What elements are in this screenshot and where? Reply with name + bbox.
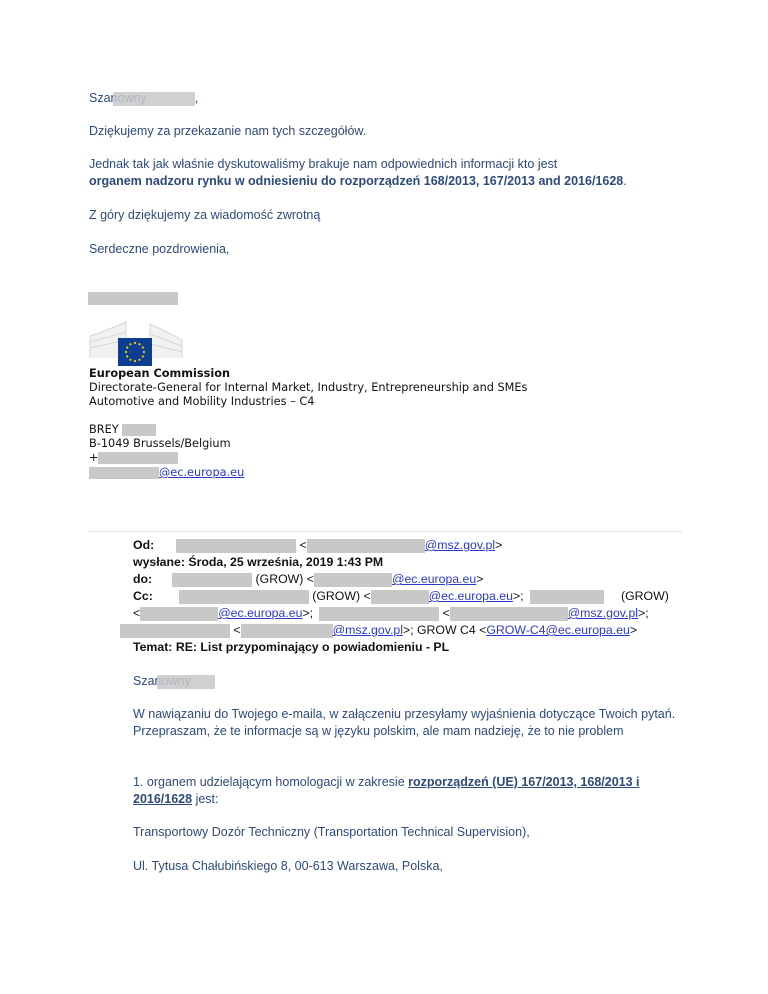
redacted-to-name <box>172 573 252 587</box>
redacted-cc1-email <box>371 590 429 604</box>
redacted-cc3-name <box>319 607 439 621</box>
redacted-from-email <box>307 539 425 553</box>
redacted-to-email <box>314 573 392 587</box>
reply-greeting: Szanowny, <box>89 90 198 106</box>
original-authority: Transportowy Dozór Techniczny (Transport… <box>133 824 530 841</box>
header-subject: Temat: RE: List przypominający o powiado… <box>133 639 449 656</box>
redacted-phone <box>98 452 178 464</box>
redacted-name <box>113 92 195 106</box>
to-email-link[interactable]: @ec.europa.eu <box>392 572 476 586</box>
reply-line-advance-thanks: Z góry dziękujemy za wiadomość zwrotną <box>89 207 320 223</box>
cc4-email-link[interactable]: @msz.gov.pl <box>333 623 403 637</box>
redacted-email-user <box>89 467 159 479</box>
original-item1-line1: 1. organem udzielającym homologacji w za… <box>133 774 640 791</box>
message-separator <box>88 531 682 532</box>
redacted-cc3-email <box>450 607 568 621</box>
redacted-cc4-name <box>120 624 230 638</box>
redacted-cc2-name <box>530 590 604 604</box>
from-email-link[interactable]: @msz.gov.pl <box>425 538 495 552</box>
signature-city: B-1049 Brussels/Belgium <box>89 436 231 451</box>
original-para1-line2: Przepraszam, że te informacje są w język… <box>133 723 623 740</box>
header-sent: wysłane: Środa, 25 września, 2019 1:43 P… <box>133 554 383 571</box>
redacted-from-name <box>176 539 296 553</box>
grow-c4-email-link[interactable]: GROW-C4@ec.europa.eu <box>486 623 629 637</box>
cc1-email-link[interactable]: @ec.europa.eu <box>429 589 513 603</box>
signature-org: European Commission <box>89 366 230 381</box>
signature-email: @ec.europa.eu <box>89 465 244 480</box>
header-cc-line1: Cc: (GROW) <@ec.europa.eu>; (GROW) <box>133 588 669 605</box>
header-cc-line2: <@ec.europa.eu>; <@msz.gov.pl>; <box>133 605 649 622</box>
original-item1-line2: 2016/1628 jest: <box>133 791 219 808</box>
header-to: do: (GROW) <@ec.europa.eu> <box>133 571 483 588</box>
redacted-recipient <box>157 675 215 689</box>
redacted-cc1-name <box>179 590 309 604</box>
redacted-cc4-email <box>241 624 333 638</box>
redacted-cc2-email <box>140 607 218 621</box>
redacted-room <box>122 424 156 436</box>
reply-line-thanks: Dziękujemy za przekazanie nam tych szcze… <box>89 123 366 139</box>
redacted-sender-name <box>88 292 178 305</box>
cc2-email-link[interactable]: @ec.europa.eu <box>218 606 302 620</box>
original-greeting: Szanowny <box>133 673 215 690</box>
signature-email-link[interactable]: @ec.europa.eu <box>159 466 244 479</box>
cc3-email-link[interactable]: @msz.gov.pl <box>568 606 638 620</box>
reply-closing: Serdeczne pozdrowienia, <box>89 241 229 257</box>
signature-phone: + <box>89 450 178 465</box>
reply-line-missing-info: Jednak tak jak właśnie dyskutowaliśmy br… <box>89 156 557 172</box>
original-para1-line1: W nawiązaniu do Twojego e-maila, w załąc… <box>133 706 675 723</box>
european-commission-logo <box>88 318 184 368</box>
signature-unit: Automotive and Mobility Industries – C4 <box>89 394 314 409</box>
signature-building: BREY <box>89 422 156 437</box>
reply-line-regulations: organem nadzoru rynku w odniesieniu do r… <box>89 173 627 189</box>
header-cc-line3: <@msz.gov.pl>; GROW C4 <GROW-C4@ec.europ… <box>120 622 637 639</box>
header-from: Od: <@msz.gov.pl> <box>133 537 502 554</box>
signature-dg: Directorate-General for Internal Market,… <box>89 380 527 395</box>
original-address: Ul. Tytusa Chałubińskiego 8, 00-613 Wars… <box>133 858 443 875</box>
